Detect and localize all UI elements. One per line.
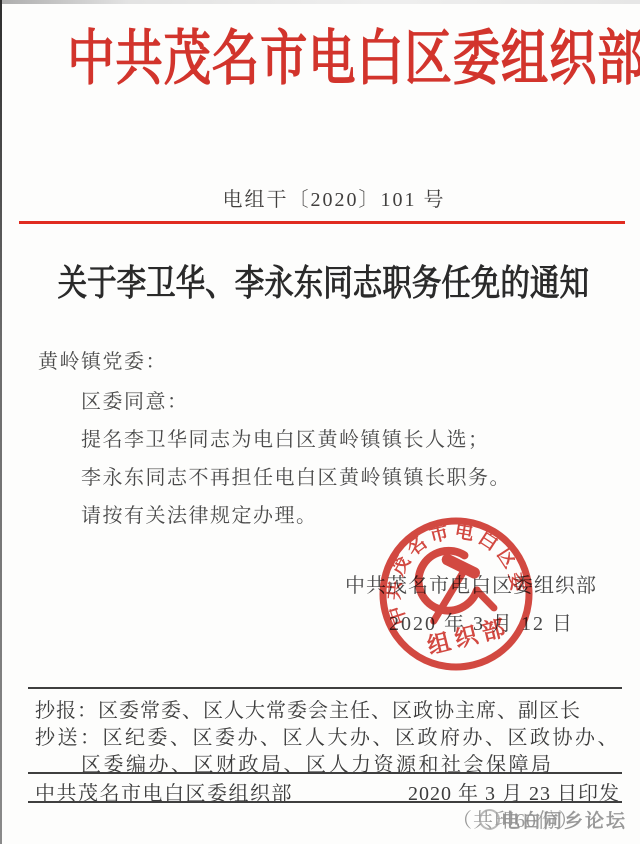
issuing-org-header: 中共茂名市电白区委组织部	[67, 24, 573, 94]
body-paragraph-1: 区委同意：	[81, 389, 189, 415]
copy-report-line: 抄报：区委常委、区人大常委会主任、区政协主席、副区长	[35, 694, 581, 723]
hammer-sickle-icon	[412, 543, 494, 625]
recipient-line: 黄岭镇党委：	[38, 349, 167, 375]
scan-edge-left	[0, 0, 2, 844]
forum-watermark: 电白同乡论坛	[501, 806, 627, 833]
official-seal: 中共茂名市电白区委 组织部	[336, 474, 576, 714]
scanned-document-page: 中共茂名市电白区委组织部 电组干〔2020〕101 号 关于李卫华、李永东同志职…	[0, 0, 640, 844]
scan-edge-top	[0, 0, 640, 4]
footer-rule-middle	[28, 772, 622, 774]
body-paragraph-4: 请按有关法律规定办理。	[81, 503, 318, 529]
forum-logo-icon	[479, 809, 500, 830]
red-separator-rule	[19, 221, 625, 224]
body-paragraph-2: 提名李卫华同志为电白区黄岭镇镇长人选；	[81, 427, 490, 453]
copy-send-line-1: 抄送：区纪委、区委办、区人大办、区政府办、区政协办、	[35, 721, 620, 750]
document-title: 关于李卫华、李永东同志职务任免的通知	[58, 262, 583, 304]
document-number: 电组干〔2020〕101 号	[14, 183, 640, 212]
footer-rule-bottom	[28, 801, 622, 803]
footer-rule-top	[28, 687, 622, 689]
